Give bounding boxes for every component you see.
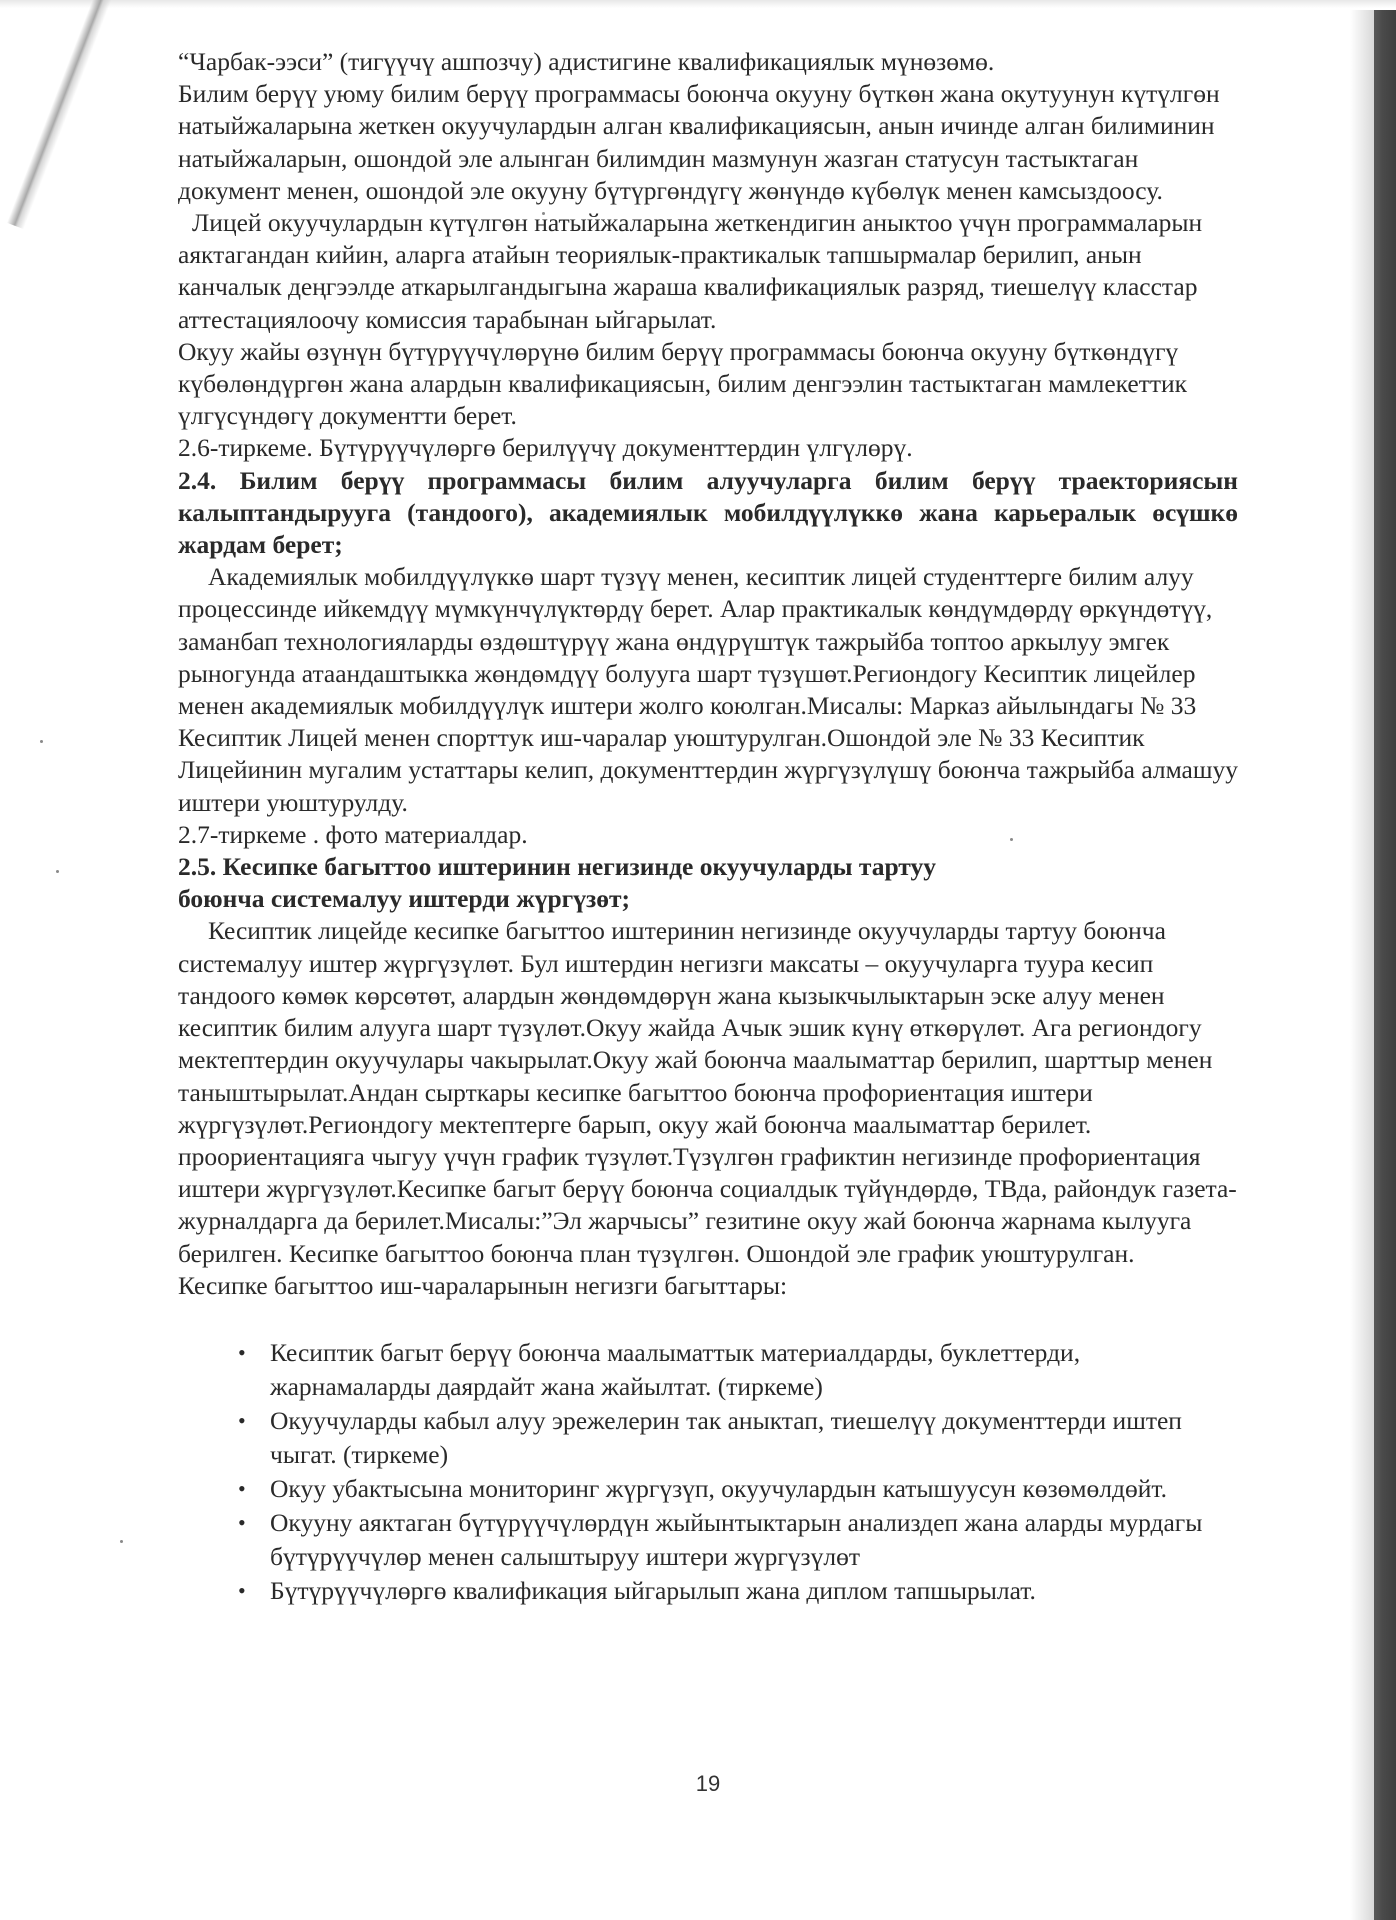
paragraph-appendix-2-7: 2.7-тиркеме . фото материалдар. — [178, 819, 1238, 851]
scan-fold-shadow — [7, 0, 117, 229]
section-heading-2-4: 2.4. Билим берүү программасы билим алууч… — [178, 465, 1238, 562]
section-heading-2-5: 2.5. Кесипке багыттоо иштеринин негизинд… — [178, 851, 938, 915]
spacer — [178, 1302, 1238, 1336]
paragraph-main-directions: Кесипке багыттоо иш-чараларынын негизги … — [178, 1270, 1238, 1302]
paragraph-characteristic-title: “Чарбак-ээси” (тигүүчү ашпозчу) адистиги… — [178, 46, 1238, 78]
scan-speck — [1010, 838, 1013, 841]
page-number: 19 — [178, 1768, 1238, 1800]
bullet-icon: • — [238, 1472, 246, 1506]
bullet-icon: • — [238, 1404, 246, 1438]
document-page: “Чарбак-ээси” (тигүүчү ашпозчу) адистиги… — [178, 46, 1238, 1608]
paragraph-diploma: Окуу жайы өзүнүн бүтүрүүчүлөрүнө билим б… — [178, 336, 1238, 433]
list-item: •Окууну аяктаган бүтүрүүчүлөрдүн жыйынты… — [238, 1506, 1238, 1574]
scan-edge-top — [0, 0, 1396, 8]
paragraph-assessment: Лицей окуучулардын күтүлгөн натыйжаларын… — [178, 207, 1238, 336]
scan-edge-border — [1374, 10, 1396, 1920]
bullet-icon: • — [238, 1506, 246, 1540]
scan-edge-shadow — [1350, 10, 1374, 1920]
paragraph-academic-mobility: Академиялык мобилдүүлүккө шарт түзүү мен… — [178, 561, 1238, 819]
list-item: •Кесиптик багыт берүү боюнча маалыматтык… — [238, 1336, 1238, 1404]
list-item: •Бүтүрүүчүлөргө квалификация ыйгарылып ж… — [238, 1574, 1238, 1608]
paragraph-appendix-2-6: 2.6-тиркеме. Бүтүрүүчүлөргө берилүүчү до… — [178, 432, 1238, 464]
scan-speck — [120, 1540, 123, 1543]
scan-speck — [40, 740, 43, 743]
bullet-icon: • — [238, 1336, 246, 1370]
paragraph-certificate: Билим берүү уюму билим берүү программасы… — [178, 78, 1238, 207]
list-item: •Окуучуларды кабыл алуу эрежелерин так а… — [238, 1404, 1238, 1472]
directions-list: •Кесиптик багыт берүү боюнча маалыматтык… — [178, 1336, 1238, 1608]
scan-speck — [542, 212, 545, 215]
list-item: •Окуу убактысына мониторинг жүргүзүп, ок… — [238, 1472, 1238, 1506]
scan-speck — [56, 870, 59, 873]
bullet-icon: • — [238, 1574, 246, 1608]
paragraph-career-guidance: Кесиптик лицейде кесипке багыттоо иштери… — [178, 915, 1238, 1269]
